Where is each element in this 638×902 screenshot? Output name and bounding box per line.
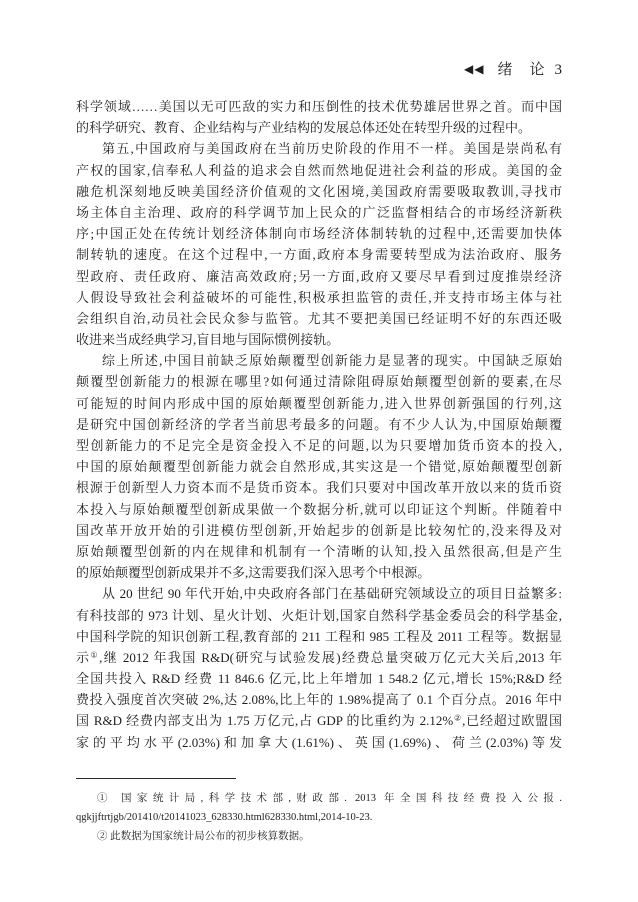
text-line: 场主体自主治理、政府的科学调节加上民众的广泛监督相结合的市场经济新秩 [76, 202, 562, 223]
text-line: 第五,中国政府与美国政府在当前历史阶段的作用不一样。美国是崇尚私有 [76, 138, 562, 159]
text-line: 示①,继 2012 年我国 R&D(研究与试验发展)经费总量突破万亿元大关后,2… [76, 647, 562, 668]
text-line: 国改革开放开始的引进模仿型创新,开始起步的创新是比较匆忙的,没来得及对 [76, 520, 562, 541]
body-text: 科学领域……美国以无可匹敌的实力和压倒性的技术优势雄居世界之首。而中国的科学研究… [76, 96, 562, 753]
text-line: 型政府、责任政府、廉洁高效政府;另一方面,政府又要尽早看到过度推崇经济 [76, 266, 562, 287]
text-line: 中国科学院的知识创新工程,教育部的 211 工程和 985 工程及 2011 工… [76, 626, 562, 647]
text-line: 会组织自治,动员社会民众参与监管。尤其不要把美国已经证明不好的东西还吸 [76, 308, 562, 329]
footnote-line: ② 此数据为国家统计局公布的初步核算数据。 [76, 827, 562, 846]
text-line: 人假设导致社会利益破坏的可能性,积极承担监管的责任,并支持市场主体与社 [76, 287, 562, 308]
text-line: 有科技部的 973 计划、星火计划、火炬计划,国家自然科学基金委员会的科学基金, [76, 605, 562, 626]
text-line: 根源于创新型人力资本而不是货币资本。我们只要对中国改革开放以来的货币资 [76, 477, 562, 498]
footnote-marker: ② [453, 714, 462, 723]
text-line: 是研究中国创新经济的学者当前思考最多的问题。有不少人认为,中国原始颠覆 [76, 414, 562, 435]
text-line: 费投入强度首次突破 2%,达 2.08%,比上年的 1.98%提高了 0.1 个… [76, 689, 562, 710]
text-line: 颠覆型创新能力的根源在哪里?如何通过清除阻碍原始颠覆型创新的要素,在尽 [76, 371, 562, 392]
text-line: 产权的国家,信奉私人利益的追求会自然而然地促进社会利益的形成。美国的金 [76, 160, 562, 181]
text-line: 型创新能力的不足完全是资金投入不足的问题,以为只要增加货币资本的投入, [76, 435, 562, 456]
text-line: 的科学研究、教育、企业结构与产业结构的发展总体还处在转型升级的过程中。 [76, 117, 562, 138]
text-line: 收进来当成经典学习,盲目地与国际惯例接轨。 [76, 329, 562, 350]
text-line: 制转轨的速度。在这个过程中,一方面,政府本身需要转型成为法治政府、服务 [76, 244, 562, 265]
footnote-line: qgkjjftrtjgb/201410/t20141023_628330.htm… [76, 808, 562, 827]
text-line: 国 R&D 经费内部支出为 1.75 万亿元,占 GDP 的比重约为 2.12%… [76, 710, 562, 731]
text-line: 从 20 世纪 90 年代开始,中央政府各部门在基础研究领域设立的项目日益繁多: [76, 583, 562, 604]
footnote-divider [76, 778, 236, 779]
text-line: 融危机深刻地反映美国经济价值观的文化困境,美国政府需要吸取教训,寻找市 [76, 181, 562, 202]
text-line: 中国的原始颠覆型创新能力就会自然形成,其实这是一个错觉,原始颠覆型创新 [76, 456, 562, 477]
text-line: 的原始颠覆型创新成果并不多,这需要我们深入思考个中根源。 [76, 562, 562, 583]
text-line: 综上所述,中国目前缺乏原始颠覆型创新能力是显著的现实。中国缺乏原始 [76, 350, 562, 371]
text-line: 科学领域……美国以无可匹敌的实力和压倒性的技术优势雄居世界之首。而中国 [76, 96, 562, 117]
text-line: 原始颠覆型创新的内在规律和机制有一个清晰的认知,投入虽然很高,但是产生 [76, 541, 562, 562]
text-line: 序;中国正处在传统计划经济体制向市场经济体制转轨的过程中,还需要加快体 [76, 223, 562, 244]
footnotes: ① 国家统计局,科学技术部,财政部. 2013 年全国科技经费投入公报. htt… [76, 789, 562, 846]
book-page: ◀◀绪 论3 科学领域……美国以无可匹敌的实力和压倒性的技术优势雄居世界之首。而… [0, 0, 638, 902]
text-line: 可能短的时间内形成中国的原始颠覆型创新能力,进入世界创新强国的行列,这 [76, 393, 562, 414]
text-line: 全国共投入 R&D 经费 11 846.6 亿元,比上年增加 1 548.2 亿… [76, 668, 562, 689]
footnote-line: ① 国家统计局,科学技术部,财政部. 2013 年全国科技经费投入公报. htt… [76, 789, 562, 808]
running-head: ◀◀绪 论3 [76, 61, 562, 80]
page-number: 3 [555, 62, 563, 78]
footnote-marker: ① [90, 650, 99, 659]
section-title: 绪 论 [497, 62, 545, 78]
chapter-back-arrows-icon: ◀◀ [464, 62, 484, 76]
text-line: 本投入与原始颠覆型创新成果做一个数据分析,就可以印证这个判断。伴随着中 [76, 499, 562, 520]
text-line: 家的平均水平(2.03%)和加拿大(1.61%)、英国(1.69%)、荷兰(2.… [76, 732, 562, 753]
